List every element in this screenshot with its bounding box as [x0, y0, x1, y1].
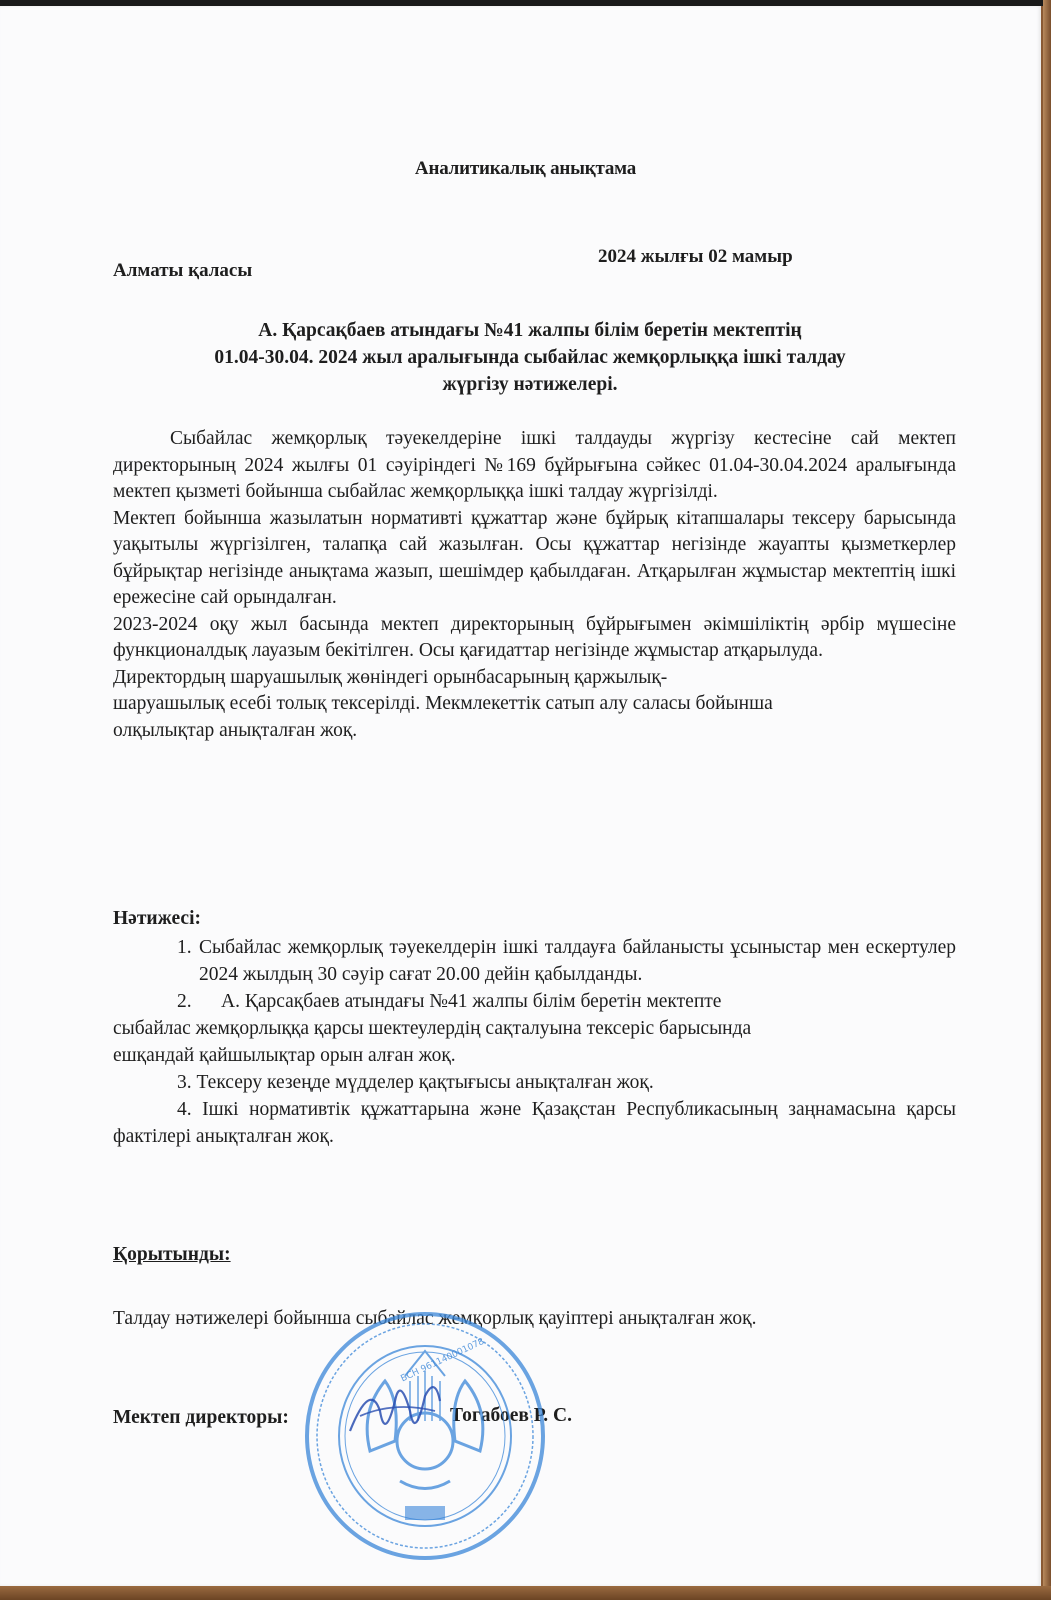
result-text: ешқандай қайшылықтар орын алған жоқ.: [113, 1042, 956, 1069]
signature-name: Тогабоев Р. С.: [450, 1405, 572, 1427]
conclusion-heading: Қорытынды:: [113, 1244, 231, 1266]
body-paragraph: шаруашылық есебі толық тексерілді. Мекмл…: [113, 691, 956, 718]
body-paragraph: олқылықтар анықталған жоқ.: [113, 718, 956, 745]
subject-line: А. Қарсақбаев атындағы №41 жалпы білім б…: [100, 317, 960, 344]
result-text: Тексеру кезеңде мүдделер қақтығысы анықт…: [197, 1072, 654, 1093]
signature-label: Мектеп директоры:: [113, 1407, 289, 1429]
photo-bottom-edge: [0, 1586, 1051, 1600]
result-item-4: 4. Ішкі нормативтік құжаттарына және Қаз…: [113, 1096, 956, 1150]
conclusion-text: Талдау нәтижелері бойынша сыбайлас жемқо…: [113, 1308, 757, 1330]
result-text: сыбайлас жемқорлыққа қарсы шектеулердің …: [113, 1015, 956, 1042]
result-item-3: 3. Тексеру кезеңде мүдделер қақтығысы ан…: [113, 1069, 956, 1096]
document-subject: А. Қарсақбаев атындағы №41 жалпы білім б…: [100, 317, 960, 398]
result-text: А. Қарсақбаев атындағы №41 жалпы білім б…: [221, 991, 721, 1012]
body-paragraph: Директордың шаруашылық жөніндегі орынбас…: [113, 665, 956, 692]
document-page: Аналитикалық анықтама Алматы қаласы 2024…: [0, 6, 1041, 1586]
handwritten-signature: [340, 1371, 450, 1451]
subject-line: 01.04-30.04. 2024 жыл аралығында сыбайла…: [100, 344, 960, 371]
photo-right-edge: [1043, 0, 1051, 1600]
result-item-2: 2.А. Қарсақбаев атындағы №41 жалпы білім…: [113, 988, 956, 1015]
document-body: Сыбайлас жемқорлық тәуекелдеріне ішкі та…: [113, 426, 956, 744]
results-list: 1. Сыбайлас жемқорлық тәуекелдерін ішкі …: [113, 934, 956, 1150]
results-heading: Нәтижесі:: [113, 908, 201, 930]
result-item-1: 1. Сыбайлас жемқорлық тәуекелдерін ішкі …: [113, 934, 956, 988]
body-paragraph: 2023-2024 оқу жыл басында мектеп директо…: [113, 612, 956, 665]
result-number: 4.: [177, 1099, 192, 1120]
document-city: Алматы қаласы: [113, 260, 252, 282]
result-text: Ішкі нормативтік құжаттарына және Қазақс…: [113, 1099, 956, 1147]
result-text: Сыбайлас жемқорлық тәуекелдерін ішкі тал…: [199, 934, 956, 988]
result-number: 2.: [177, 988, 221, 1015]
svg-text:БСН 961140001078: БСН 961140001078: [399, 1337, 486, 1385]
document-date: 2024 жылғы 02 мамыр: [598, 246, 793, 268]
result-number: 3.: [177, 1072, 192, 1093]
subject-line: жүргізу нәтижелері.: [100, 371, 960, 398]
result-number: 1.: [177, 934, 199, 988]
official-seal-icon: БСН 961140001078: [300, 1311, 550, 1561]
document-title: Аналитикалық анықтама: [0, 158, 1051, 180]
body-paragraph: Мектеп бойынша жазылатын нормативті құжа…: [113, 506, 956, 612]
body-paragraph: Сыбайлас жемқорлық тәуекелдеріне ішкі та…: [113, 426, 956, 506]
